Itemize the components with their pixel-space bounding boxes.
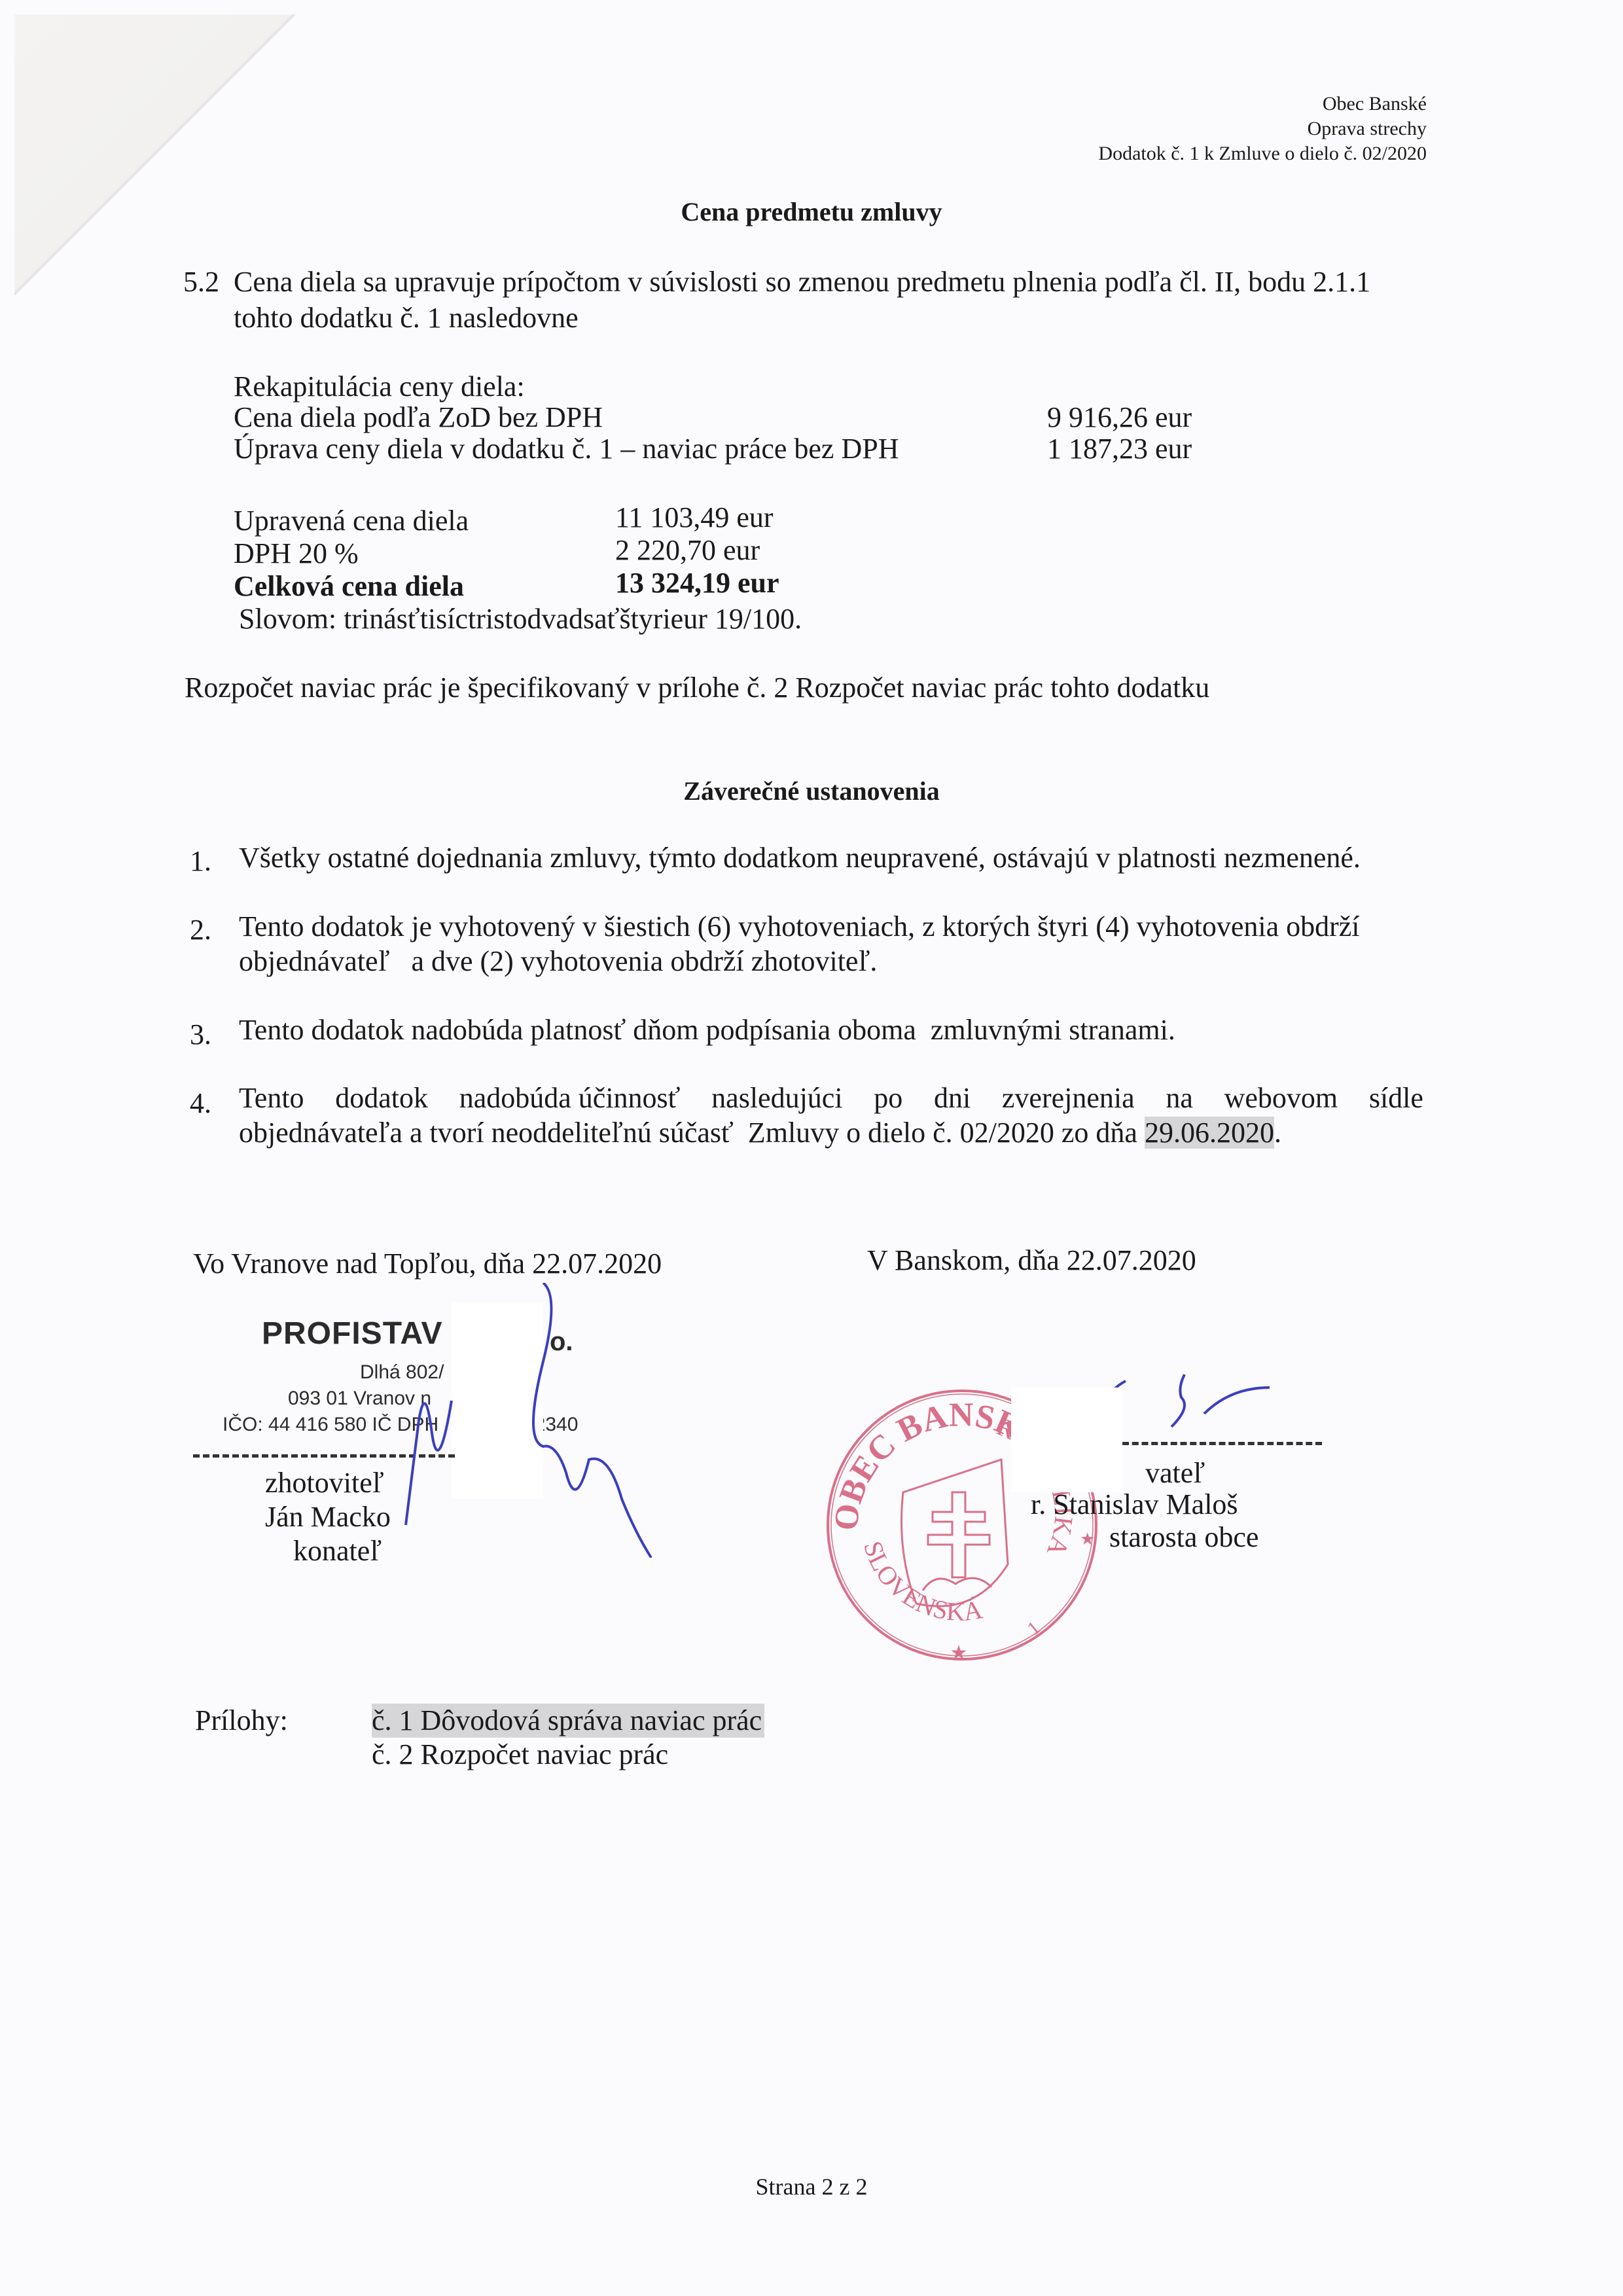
signature-line <box>1122 1442 1322 1445</box>
stamp-street: Dlhá 802/ <box>360 1361 444 1384</box>
provision-text: objednávateľ a dve (2) vyhotovenia obdrž… <box>239 944 877 978</box>
stamp-company-suffix: o. <box>550 1327 573 1357</box>
provision-word: dni <box>934 1081 971 1115</box>
attachment-item: č. 2 Rozpočet naviac prác <box>372 1738 668 1772</box>
redaction-box <box>1011 1388 1122 1492</box>
total-row-label: Upravená cena diela <box>234 504 469 538</box>
provision-number: 4. <box>190 1086 211 1121</box>
total-row-label: DPH 20 % <box>234 537 359 571</box>
attachments-label: Prílohy: <box>195 1704 288 1738</box>
provision-word: zverejnenia <box>1002 1081 1135 1115</box>
left-role: zhotoviteľ <box>265 1466 384 1500</box>
recap-title: Rekapitulácia ceny diela: <box>234 370 525 404</box>
page-number: Strana 2 z 2 <box>0 2175 1623 2198</box>
grand-total-label: Celková cena diela <box>234 569 464 603</box>
header-municipality: Obec Banské <box>1098 92 1427 117</box>
mayor-signature-icon <box>1099 1368 1315 1440</box>
redaction-box <box>452 1302 543 1499</box>
provision-word: po <box>874 1081 902 1115</box>
clause-line-1: Cena diela sa upravuje prípočtom v súvis… <box>234 265 1370 299</box>
attachment-item: č. 1 Dôvodová správa naviac prác <box>372 1704 764 1738</box>
right-title: starosta obce <box>1109 1520 1258 1554</box>
section-title-final: Záverečné ustanovenia <box>0 776 1623 807</box>
document-header: Obec Banské Oprava strechy Dodatok č. 1 … <box>1098 92 1427 166</box>
provision-text: . <box>1274 1117 1281 1149</box>
folded-corner <box>14 14 296 296</box>
provision-text-line1: Tentododatoknadobúda účinnosťnasledujúci… <box>239 1081 1423 1115</box>
header-contract-ref: Dodatok č. 1 k Zmluve o dielo č. 02/2020 <box>1098 141 1427 166</box>
provision-word: webovom <box>1224 1081 1338 1115</box>
stamp-ids: IČO: 44 416 580 IČ DPH <box>223 1414 438 1436</box>
stamp-company-name: PROFISTAV - <box>262 1316 463 1352</box>
provision-number: 2. <box>190 913 211 947</box>
provision-word: sídle <box>1369 1081 1423 1115</box>
grand-total-value: 13 324,19 eur <box>615 566 779 600</box>
provision-word: nasledujúci <box>711 1081 842 1115</box>
contractor-stamp: PROFISTAV - o. Dlhá 802/ 093 01 Vranov n… <box>223 1316 609 1460</box>
provision-word: nadobúda účinnosť <box>459 1081 681 1115</box>
section-title-price: Cena predmetu zmluvy <box>0 196 1623 228</box>
document-page: Obec Banské Oprava strechy Dodatok č. 1 … <box>0 0 1623 2296</box>
provision-word: Tento <box>239 1081 304 1115</box>
provision-text: Všetky ostatné dojednania zmluvy, týmto … <box>239 841 1361 875</box>
clause-line-2: tohto dodatku č. 1 nasledovne <box>234 301 579 335</box>
stamp-city: 093 01 Vranov n <box>288 1388 431 1410</box>
svg-text:OBEC BANSKÉ: OBEC BANSKÉ <box>818 1381 1029 1532</box>
recap-row-value: 1 187,23 eur <box>1047 432 1192 466</box>
svg-text:★: ★ <box>1080 1530 1095 1549</box>
provision-word: dodatok <box>335 1081 428 1115</box>
right-place-date: V Banskom, dňa 22.07.2020 <box>867 1244 1196 1278</box>
total-row-value: 2 220,70 eur <box>615 533 760 567</box>
amount-in-words: Slovom: trinásťtisíctristodvadsaťštyrieu… <box>239 602 802 636</box>
svg-text:★: ★ <box>950 1642 968 1664</box>
provision-number: 3. <box>190 1018 211 1052</box>
left-place-date: Vo Vranove nad Topľou, dňa 22.07.2020 <box>193 1247 662 1281</box>
provision-text: Tento dodatok nadobúda platnosť dňom pod… <box>239 1013 1175 1047</box>
recap-row-value: 9 916,26 eur <box>1047 401 1192 435</box>
provision-word: na <box>1166 1081 1193 1115</box>
provision-text-line2: objednávateľa a tvorí neoddeliteľnú súča… <box>239 1116 1281 1150</box>
clause-number: 5.2 <box>183 265 219 299</box>
contract-date-highlight: 29.06.2020 <box>1145 1117 1274 1149</box>
right-person: r. Stanislav Maloš <box>1031 1488 1238 1522</box>
right-role: vateľ <box>1145 1456 1205 1490</box>
budget-note: Rozpočet naviac prác je špecifikovaný v … <box>185 671 1209 705</box>
left-title: konateľ <box>293 1534 382 1568</box>
provision-text: objednávateľa a tvorí neoddeliteľnú súča… <box>239 1117 1145 1149</box>
svg-text:1: 1 <box>1023 1617 1044 1640</box>
recap-row-label: Cena diela podľa ZoD bez DPH <box>234 401 603 435</box>
left-person: Ján Macko <box>265 1500 391 1534</box>
provision-text: Tento dodatok je vyhotovený v šiestich (… <box>239 910 1360 944</box>
provision-number: 1. <box>190 844 211 878</box>
total-row-value: 11 103,49 eur <box>615 501 774 535</box>
header-project: Oprava strechy <box>1098 117 1427 141</box>
recap-row-label: Úprava ceny diela v dodatku č. 1 – navia… <box>234 432 899 466</box>
signature-line <box>193 1454 455 1458</box>
